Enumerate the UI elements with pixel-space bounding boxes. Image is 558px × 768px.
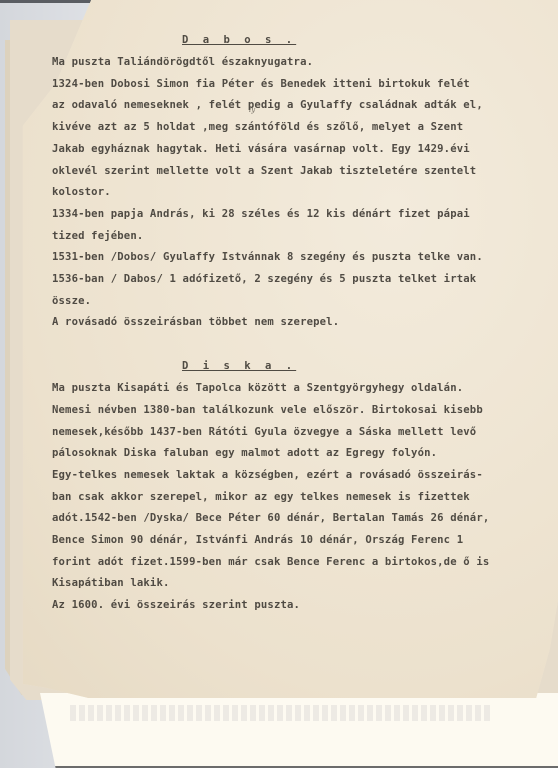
- text-line: adót.1542-ben /Dyska/ Bece Péter 60 déná…: [52, 508, 522, 530]
- text-line: 1531-ben /Dobos/ Gyulaffy Istvánnak 8 sz…: [52, 247, 522, 269]
- text-line: 1334-ben papja András, ki 28 széles és 1…: [52, 204, 522, 226]
- text-line: Ma puszta Taliándörögdtől északnyugatra.: [52, 52, 522, 74]
- text-line: A rovásadó összeirásban többet nem szere…: [52, 312, 522, 334]
- text-line: Ma puszta Kisapáti és Tapolca között a S…: [52, 378, 522, 400]
- text-line: össze.: [52, 291, 522, 313]
- text-line: Egy-telkes nemesek laktak a községben, e…: [52, 465, 522, 487]
- text-line: ban csak akkor szerepel, mikor az egy te…: [52, 487, 522, 509]
- section-spacer: [52, 334, 522, 356]
- section-heading-diska: D i s k a .: [52, 356, 522, 377]
- text-line: tized fejében.: [52, 226, 522, 248]
- page-content: D a b o s . Ma puszta Taliándörögdtől és…: [52, 30, 522, 617]
- handwritten-margin-note: ly: [249, 106, 255, 114]
- section-heading-dabos: D a b o s .: [52, 30, 522, 51]
- bottom-sheet: [40, 693, 558, 768]
- text-line: Bence Simon 90 dénár, Istvánfi András 10…: [52, 530, 522, 552]
- text-line: az odavaló nemeseknek , felét pedig a Gy…: [52, 95, 522, 117]
- text-line: 1536-ban / Dabos/ 1 adófizető, 2 szegény…: [52, 269, 522, 291]
- bleed-through-text: [70, 705, 490, 721]
- text-line: nemesek,később 1437-ben Rátóti Gyula özv…: [52, 422, 522, 444]
- text-line: Az 1600. évi összeirás szerint puszta.: [52, 595, 522, 617]
- text-line: oklevél szerint mellette volt a Szent Ja…: [52, 161, 522, 183]
- text-line: Nemesi névben 1380-ban találkozunk vele …: [52, 400, 522, 422]
- text-line: 1324-ben Dobosi Simon fia Péter és Bened…: [52, 74, 522, 96]
- text-line: Kisapátiban lakik.: [52, 573, 522, 595]
- text-line: kolostor.: [52, 182, 522, 204]
- text-line: pálosoknak Diska faluban egy malmot adot…: [52, 443, 522, 465]
- text-line: Jakab egyháznak hagytak. Heti vására vas…: [52, 139, 522, 161]
- text-line: forint adót fizet.1599-ben már csak Benc…: [52, 552, 522, 574]
- text-line: kivéve azt az 5 holdat ,meg szántóföld é…: [52, 117, 522, 139]
